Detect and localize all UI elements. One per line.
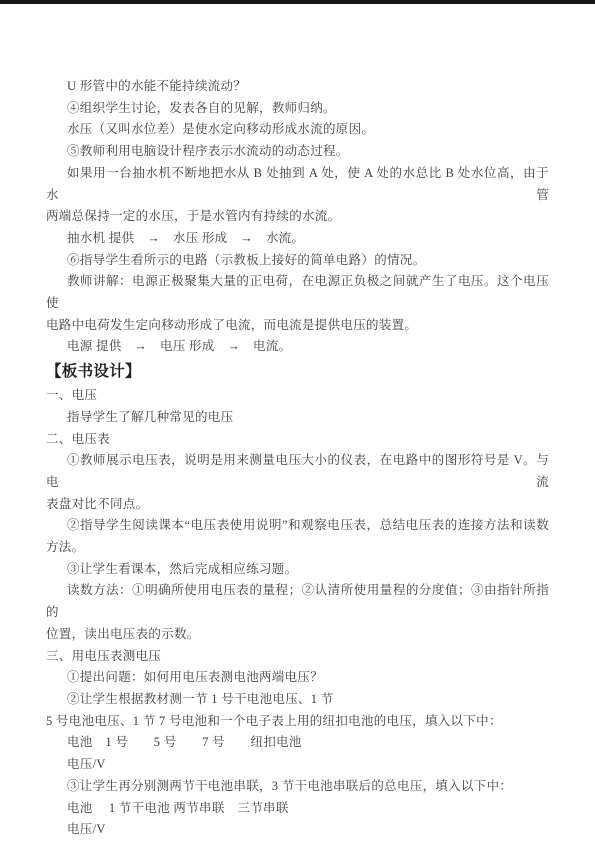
text-line: 电池 1 节干电池 两节串联 三节串联 [46, 798, 549, 820]
text-line: ③让学生看课本，然后完成相应练习题。 [46, 559, 549, 581]
text-line: ⑥指导学生看所示的电路（示教板上接好的简单电路）的情况。 [46, 250, 549, 272]
document-page: U 形管中的水能不能持续流动？④组织学生讨论，发表各自的见解，教师归纳。水压（又… [46, 76, 549, 841]
text-line: 读数方法：①明确所使用电压表的量程；②认清所使用量程的分度值；③由指针所指的 [46, 580, 549, 623]
text-line: 一、电压 [46, 385, 549, 407]
text-line: 电压/V [46, 819, 549, 841]
text-line: ②指导学生阅读课本“电压表使用说明”和观察电压表，总结电压表的连接方法和读数 [46, 515, 549, 537]
text-line: 水压（又叫水位差）是使水定向移动形成水流的原因。 [46, 119, 549, 141]
section-heading: 【板书设计】 [46, 358, 549, 385]
text-line: 教师讲解：电源正极聚集大量的正电荷，在电源正负极之间就产生了电压。这个电压使 [46, 271, 549, 314]
text-line: 三、用电压表测电压 [46, 646, 549, 668]
text-line: 电池 1 号 5 号 7 号 纽扣电池 [46, 732, 549, 754]
text-line: 两端总保持一定的水压，于是水管内有持续的水流。 [46, 206, 549, 228]
text-line: 电路中电荷发生定向移动形成了电流，而电流是提供电压的装置。 [46, 315, 549, 337]
text-line: 电源 提供 → 电压 形成 → 电流。 [46, 336, 549, 358]
text-line: ②让学生根据教材测一节 1 号干电池电压、1 节 [46, 689, 549, 711]
text-line: 位置，读出电压表的示数。 [46, 624, 549, 646]
text-line: 二、电压表 [46, 429, 549, 451]
text-line: U 形管中的水能不能持续流动？ [46, 76, 549, 98]
text-line: ①提出问题：如何用电压表测电池两端电压？ [46, 667, 549, 689]
text-line: ①教师展示电压表，说明是用来测量电压大小的仪表，在电路中的图形符号是 V。与电流 [46, 450, 549, 493]
text-line: 抽水机 提供 → 水压 形成 → 水流。 [46, 228, 549, 250]
text-line: 表盘对比不同点。 [46, 494, 549, 516]
text-line: ④组织学生讨论，发表各自的见解，教师归纳。 [46, 98, 549, 120]
text-line: 如果用一台抽水机不断地把水从 B 处抽到 A 处，使 A 处的水总比 B 处水位… [46, 163, 549, 206]
text-line: ③让学生再分别测两节干电池串联，3 节干电池串联后的总电压，填入以下中： [46, 776, 549, 798]
text-line: ⑤教师利用电脑设计程序表示水流动的动态过程。 [46, 141, 549, 163]
text-line: 电压/V [46, 754, 549, 776]
text-line: 5 号电池电压、1 节 7 号电池和一个电子表上用的纽扣电池的电压，填入以下中： [46, 711, 549, 733]
text-line: 方法。 [46, 537, 549, 559]
document-body: U 形管中的水能不能持续流动？④组织学生讨论，发表各自的见解，教师归纳。水压（又… [46, 76, 549, 841]
window-top-edge [0, 0, 595, 4]
text-line: 指导学生了解几种常见的电压 [46, 407, 549, 429]
